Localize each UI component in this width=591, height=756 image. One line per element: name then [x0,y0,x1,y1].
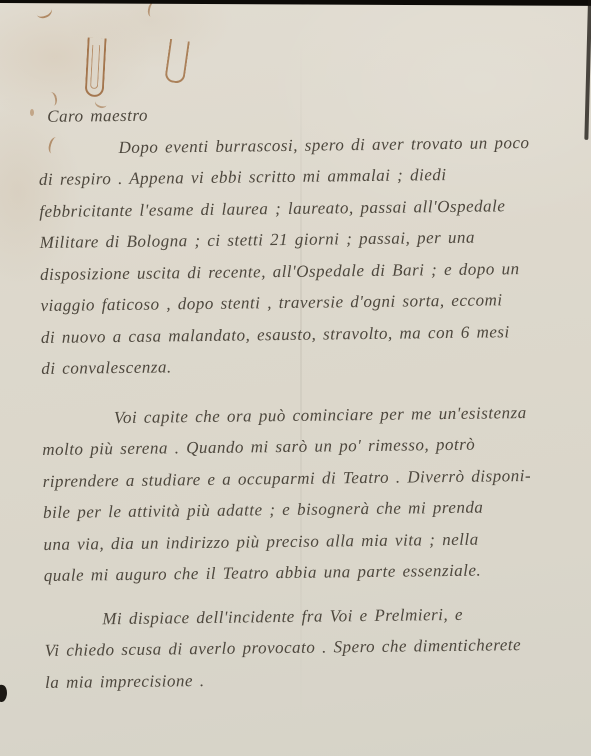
scanned-letter-page: Caro maestro Dopo eventi burrascosi, spe… [0,0,591,756]
letter-line: di nuovo a casa malandato, esausto, stra… [41,315,568,353]
paperclip-rust-stain-left [84,37,109,100]
paragraph-2: Voi capite che ora può cominciare per me… [42,396,571,591]
rust-speck-icon [34,2,54,20]
handwritten-text-block: Caro maestro Dopo eventi burrascosi, spe… [38,95,572,698]
letter-line: Dopo eventi burrascosi, spero di aver tr… [38,126,565,164]
letter-line: quale mi auguro che il Teatro abbia una … [44,554,571,592]
paragraph-1: Dopo eventi burrascosi, spero di aver tr… [38,126,568,384]
letter-paper: Caro maestro Dopo eventi burrascosi, spe… [0,2,591,756]
letter-line: di convalescenza. [41,347,568,385]
letter-line: Vi chiedo scusa di averlo provocato . Sp… [45,629,572,667]
ink-blot-left-edge [0,684,8,702]
rust-speck-icon [30,109,34,116]
letter-line: febbricitante l'esame di laurea ; laurea… [39,189,566,227]
paperclip-rust-stain-right [164,39,190,84]
letter-line: Voi capite che ora può cominciare per me… [42,396,569,434]
letter-line: la mia imprecisione . [45,660,572,698]
letter-line: riprendere a studiare e a occuparmi di T… [42,459,569,497]
paragraph-3: Mi dispiace dell'incidente fra Voi e Pre… [44,597,572,698]
